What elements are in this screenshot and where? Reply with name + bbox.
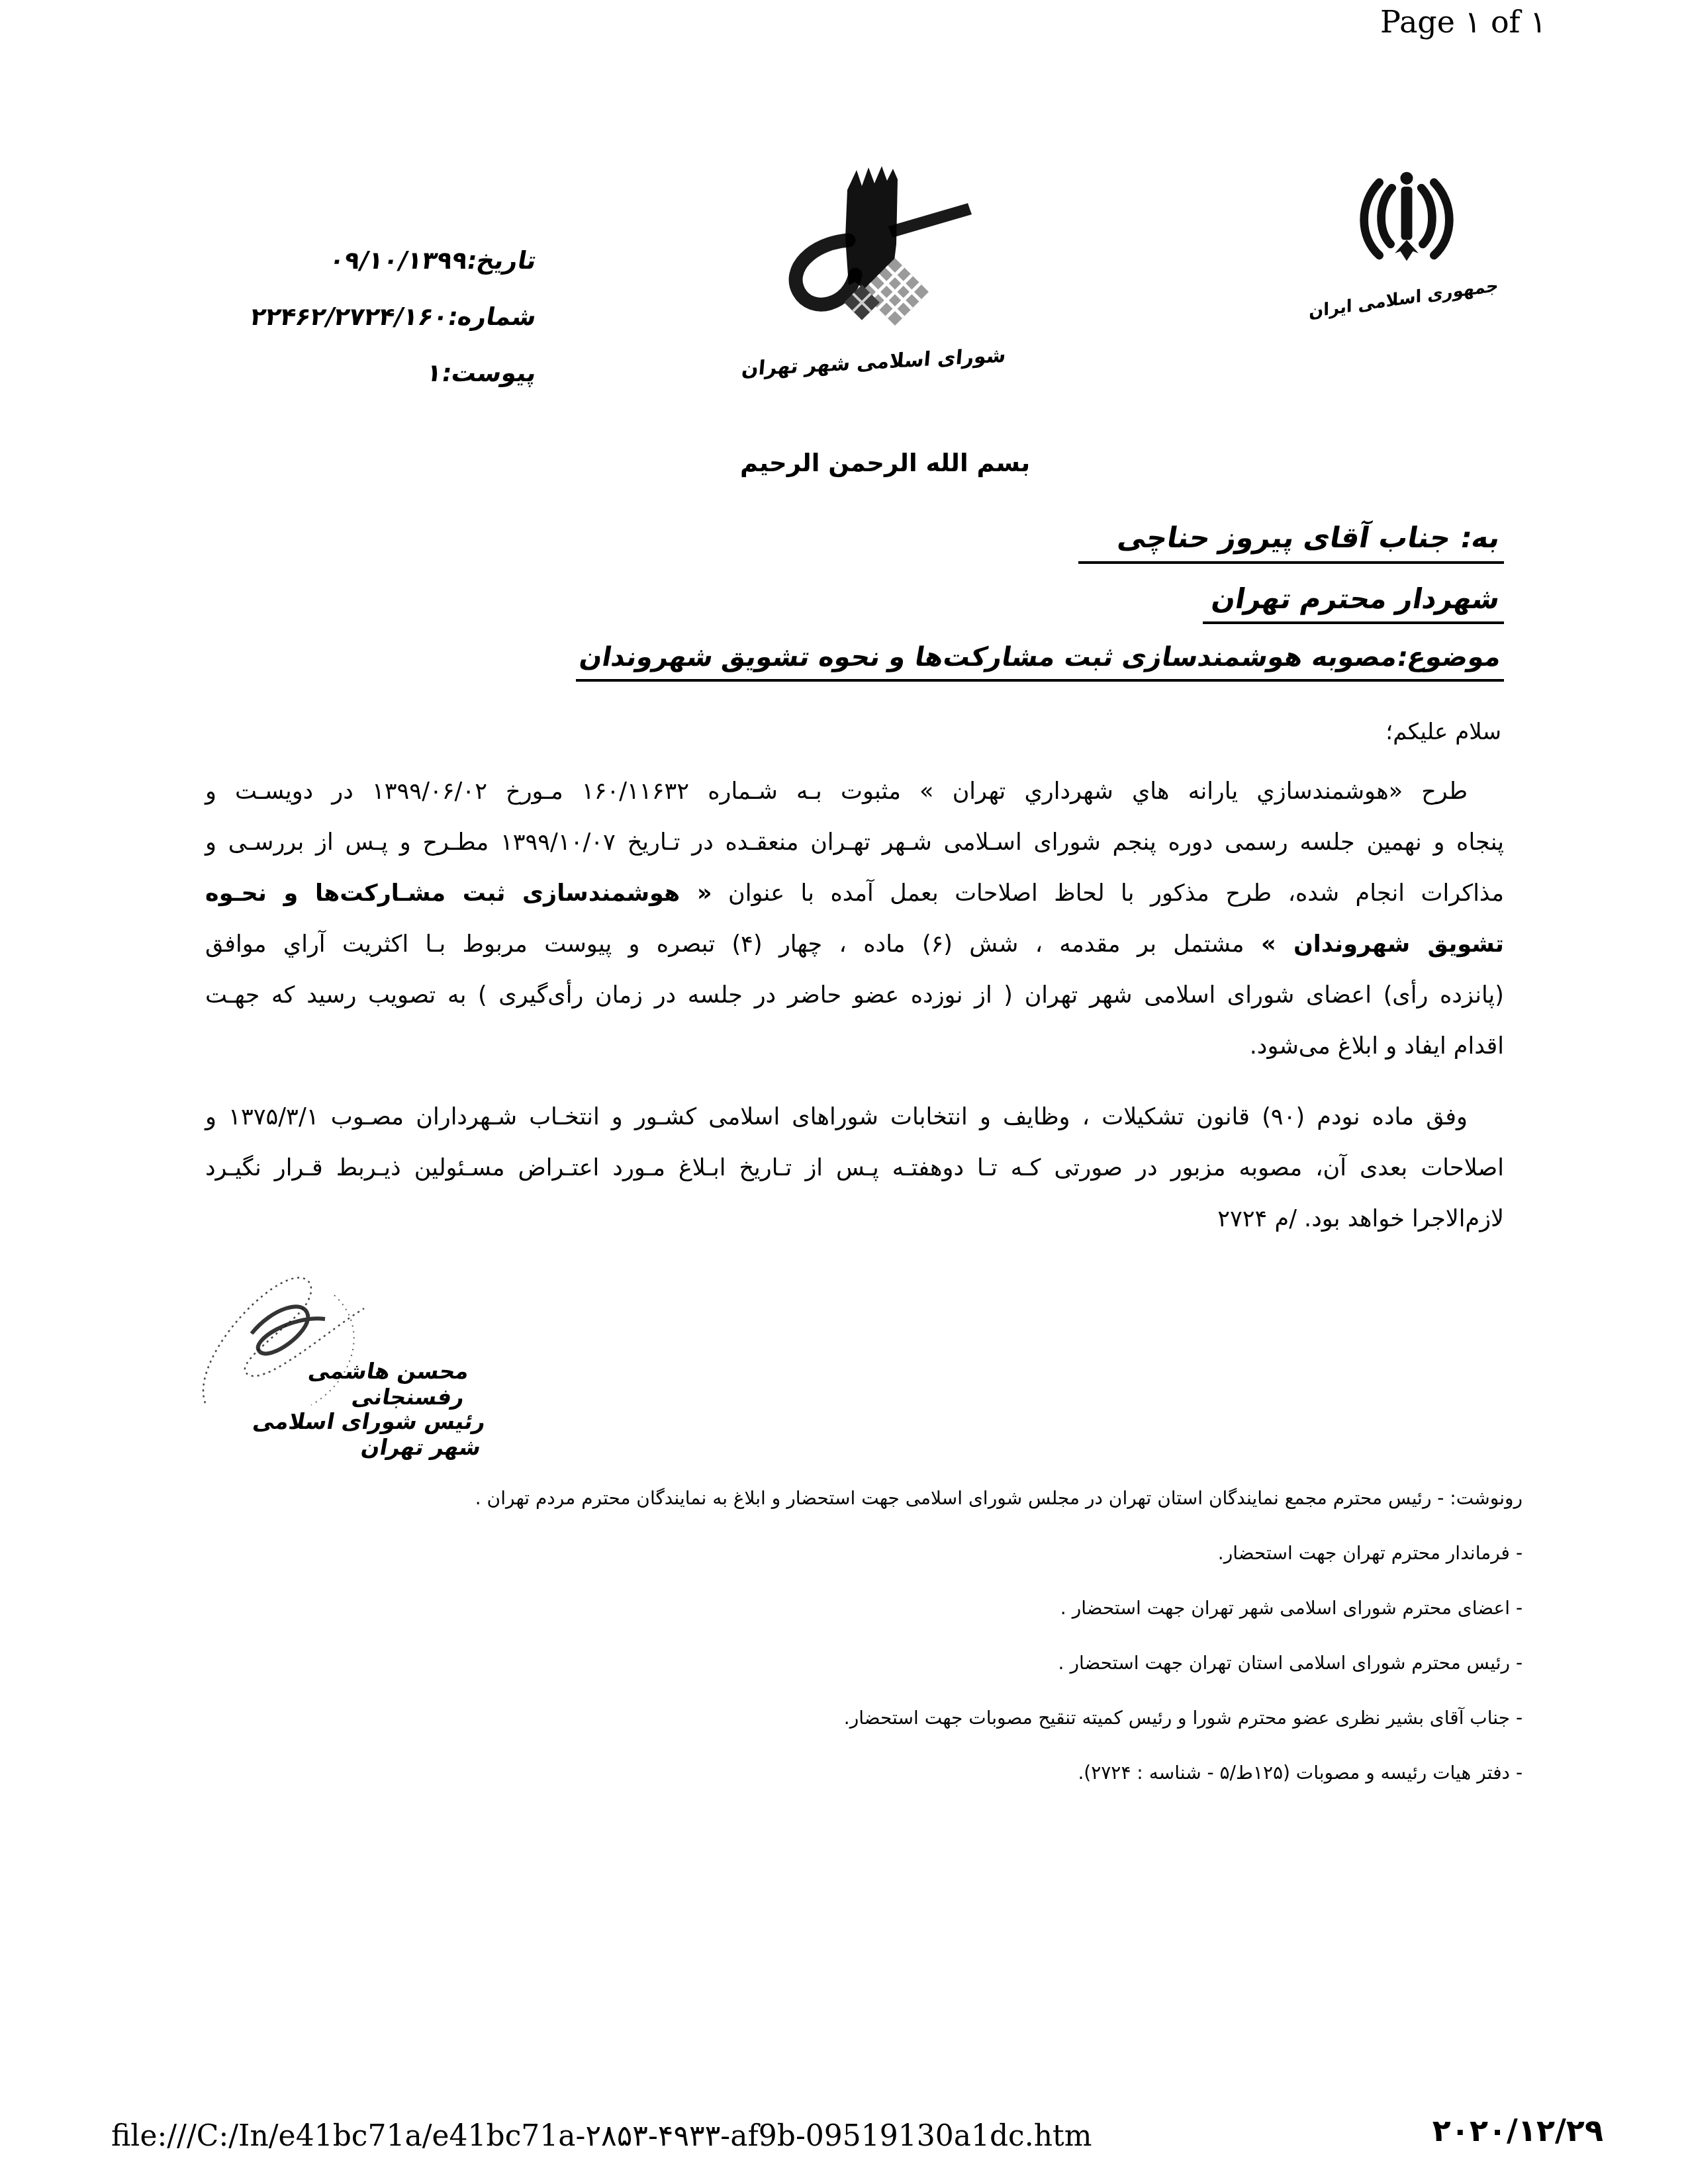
cc-item: رونوشت: - رئیس محترم مجمع نمایندگان استا… [205,1471,1523,1525]
letterhead-meta: تاریخ:۰۹/۱۰/۱۳۹۹ شماره:۲۲۴۶۲/۲۷۲۴/۱۶۰ پی… [195,246,536,415]
body-line: پنجاه و نهمین جلسه رسمی دوره پنجم شورای … [205,817,1504,868]
body-line: وفق ماده نودم (۹۰) قانون تشکیلات ، وظایف… [205,1092,1504,1143]
iran-emblem: جمهوری اسلامی ایران [1314,165,1499,308]
subject-line: موضوع:مصوبه هوشمندسازی ثبت مشارکت‌ها و ن… [576,642,1504,682]
bismillah: بسم الله الرحمن الرحیم [686,449,1084,477]
signatory-name: محسن هاشمی رفسنجانی [199,1358,467,1410]
letterhead-number-row: شماره:۲۲۴۶۲/۲۷۲۴/۱۶۰ [195,302,536,331]
cc-list: رونوشت: - رئیس محترم مجمع نمایندگان استا… [205,1471,1523,1800]
body-line: مذاکرات انجام شده، طرح مذکور با لحاظ اصل… [205,868,1504,919]
body-line: اقدام ایفاد و ابلاغ می‌شود. [205,1021,1504,1072]
recipient-title: شهردار محترم تهران [1203,582,1504,624]
attachment-label: پیوست: [440,359,539,387]
number-label: شماره: [445,302,539,331]
scanned-letter-page: { "page": { "header_page_label": "Page ۱… [0,0,1688,2184]
letterhead-attachment-row: پیوست:۱ [195,359,536,387]
tehran-council-logo-icon [748,162,1000,344]
date-value: ۰۹/۱۰/۱۳۹۹ [327,246,469,275]
cc-item: - فرماندار محترم تهران جهت استحضار. [205,1525,1523,1580]
footer-file-url: file:///C:/In/e41bc71a/e41bc71a-۲۸۵۳-۴۹۳… [111,2119,1092,2153]
tehran-council-logo: شورای اسلامی شهر تهران [741,162,1006,374]
recipient-line: به: جناب آقای پیروز حناچی [1078,522,1504,564]
cc-item: - اعضای محترم شورای اسلامی شهر تهران جهت… [205,1580,1523,1635]
body-line: طرح «هوشمندسازي یارانه هاي شهرداري تهران… [205,766,1504,817]
body-line: اصلاحات بعدی آن، مصوبه مزبور در صورتی کـ… [205,1143,1504,1194]
cc-item: - دفتر هیات رئیسه و مصوبات (۱۲۵ط/۵ - شنا… [205,1745,1523,1800]
salutation: سلام علیکم؛ [1385,719,1501,745]
date-label: تاریخ: [465,246,539,275]
body-paragraph-2: وفق ماده نودم (۹۰) قانون تشکیلات ، وظایف… [205,1092,1504,1245]
council-logo-caption: شورای اسلامی شهر تهران [741,343,1008,381]
page-number-label: Page ۱ of ۱ [1380,4,1546,40]
body-line: (پانزده رأی) اعضای شورای اسلامی شهر تهرا… [205,970,1504,1021]
footer-date: ۲۰۲۰/۱۲/۲۹ [1432,2113,1603,2148]
cc-item: - رئیس محترم شورای اسلامی استان تهران جه… [205,1635,1523,1690]
cc-item: - جناب آقای بشیر نظری عضو محترم شورا و ر… [205,1690,1523,1745]
letterhead-date-row: تاریخ:۰۹/۱۰/۱۳۹۹ [195,246,536,275]
body-line: تشویق شهروندان » مشتمل بر مقدمه ، شش (۶)… [205,919,1504,970]
iran-emblem-caption: جمهوری اسلامی ایران [1315,275,1498,321]
body-line: لازم‌الاجرا خواهد بود. /م ۲۷۲۴ [205,1194,1504,1245]
iran-emblem-icon [1347,165,1466,278]
body-paragraph-1: طرح «هوشمندسازي یارانه هاي شهرداري تهران… [205,766,1504,1072]
signatory-title: رئیس شورای اسلامی شهر تهران [199,1408,483,1460]
number-value: ۲۲۴۶۲/۲۷۲۴/۱۶۰ [248,302,451,331]
